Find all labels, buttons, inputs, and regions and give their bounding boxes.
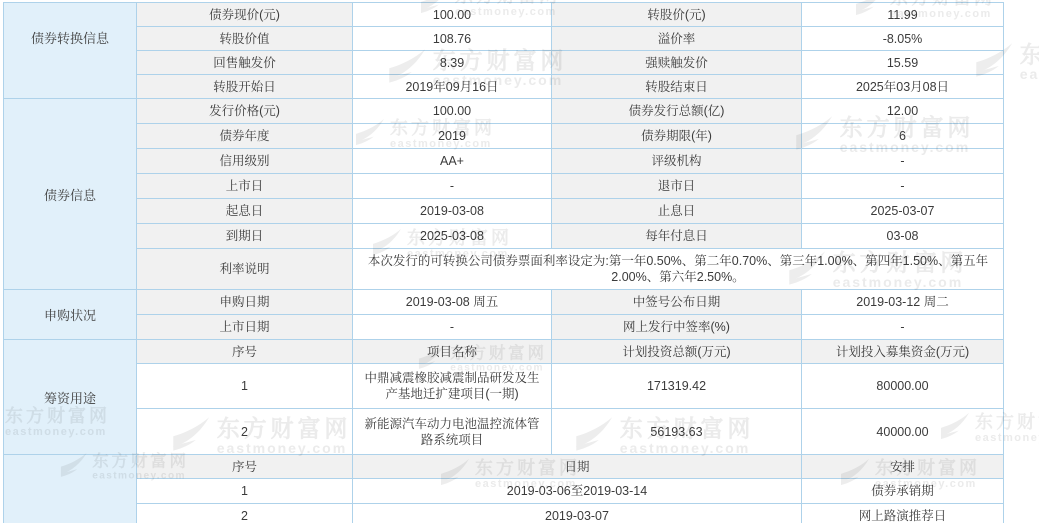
- section-body: 序号 日期 安排 1 2019-03-06至2019-03-14 债券承销期 2…: [137, 455, 1004, 523]
- table-row: 回售触发价 8.39 强赎触发价 15.59: [137, 51, 1004, 75]
- field-label: 债券发行总额(亿): [552, 99, 802, 124]
- section-body: 发行价格(元) 100.00 债券发行总额(亿) 12.00 债券年度 2019…: [137, 99, 1004, 290]
- planned-investment: 56193.63: [552, 409, 802, 455]
- field-value: -8.05%: [802, 27, 1004, 51]
- field-value: 2019-03-12 周二: [802, 290, 1004, 315]
- field-value: 2019: [353, 124, 552, 149]
- watermark-brand: 东方财富网: [1020, 43, 1039, 66]
- field-label: 中签号公布日期: [552, 290, 802, 315]
- section-label: [4, 455, 137, 523]
- section-label: 债券信息: [4, 99, 137, 290]
- section-subscription: 申购状况 申购日期 2019-03-08 周五 中签号公布日期 2019-03-…: [4, 290, 1004, 340]
- table-row: 信用级别 AA+ 评级机构 -: [137, 149, 1004, 174]
- field-value: 2019年09月16日: [353, 75, 552, 99]
- field-label: 评级机构: [552, 149, 802, 174]
- field-value: 11.99: [802, 3, 1004, 27]
- field-value: -: [802, 315, 1004, 340]
- table-row: 1 2019-03-06至2019-03-14 债券承销期: [137, 479, 1004, 504]
- planned-investment: 171319.42: [552, 364, 802, 409]
- schedule-plan: 网上路演推荐日: [802, 504, 1004, 523]
- schedule-date: 2019-03-07: [353, 504, 802, 523]
- field-value: 2019-03-08 周五: [353, 290, 552, 315]
- table-header-row: 序号 日期 安排: [137, 455, 1004, 479]
- section-label-text: 债券信息: [44, 185, 96, 204]
- schedule-plan: 债券承销期: [802, 479, 1004, 504]
- section-label-text: 申购状况: [44, 305, 96, 324]
- column-header: 安排: [802, 455, 1004, 479]
- section-label-text: 筹资用途: [44, 388, 96, 407]
- bond-detail-page: 债券转换信息 债券现价(元) 100.00 转股价(元) 11.99 转股价值 …: [0, 0, 1039, 523]
- field-label: 债券年度: [137, 124, 353, 149]
- table-row: 上市日期 - 网上发行中签率(%) -: [137, 315, 1004, 340]
- field-label: 上市日: [137, 174, 353, 199]
- watermark-domain: eastmoney.com: [1020, 69, 1039, 83]
- field-value: -: [802, 174, 1004, 199]
- section-bond-info: 债券信息 发行价格(元) 100.00 债券发行总额(亿) 12.00 债券年度…: [4, 99, 1004, 290]
- table-row: 发行价格(元) 100.00 债券发行总额(亿) 12.00: [137, 99, 1004, 124]
- column-header: 项目名称: [353, 340, 552, 364]
- field-value: 15.59: [802, 51, 1004, 75]
- field-value: 2025年03月08日: [802, 75, 1004, 99]
- field-label: 发行价格(元): [137, 99, 353, 124]
- field-value: 100.00: [353, 3, 552, 27]
- field-value: -: [353, 174, 552, 199]
- column-header: 计划投资总额(万元): [552, 340, 802, 364]
- field-value: 2025-03-08: [353, 224, 552, 249]
- section-body: 序号 项目名称 计划投资总额(万元) 计划投入募集资金(万元) 1 中鼎减震橡胶…: [137, 340, 1004, 455]
- field-label: 网上发行中签率(%): [552, 315, 802, 340]
- table-row: 上市日 - 退市日 -: [137, 174, 1004, 199]
- section-label: 筹资用途: [4, 340, 137, 455]
- field-value: AA+: [353, 149, 552, 174]
- row-index: 1: [137, 479, 353, 504]
- column-header: 序号: [137, 455, 353, 479]
- field-label: 申购日期: [137, 290, 353, 315]
- section-body: 债券现价(元) 100.00 转股价(元) 11.99 转股价值 108.76 …: [137, 3, 1004, 99]
- table-row-interest-note: 利率说明 本次发行的可转换公司债券票面利率设定为:第一年0.50%、第二年0.7…: [137, 249, 1004, 290]
- field-label: 转股开始日: [137, 75, 353, 99]
- project-name: 中鼎减震橡胶减震制品研发及生产基地迁扩建项目(一期): [353, 364, 552, 409]
- section-label: 申购状况: [4, 290, 137, 340]
- table-row: 1 中鼎减震橡胶减震制品研发及生产基地迁扩建项目(一期) 171319.42 8…: [137, 364, 1004, 409]
- field-value: -: [802, 149, 1004, 174]
- field-value: 2025-03-07: [802, 199, 1004, 224]
- table-row: 到期日 2025-03-08 每年付息日 03-08: [137, 224, 1004, 249]
- row-index: 2: [137, 504, 353, 523]
- raised-funds: 80000.00: [802, 364, 1004, 409]
- bond-detail-table: 债券转换信息 债券现价(元) 100.00 转股价(元) 11.99 转股价值 …: [3, 2, 1004, 523]
- field-label: 利率说明: [137, 249, 353, 290]
- field-label: 转股结束日: [552, 75, 802, 99]
- field-value: 12.00: [802, 99, 1004, 124]
- section-body: 申购日期 2019-03-08 周五 中签号公布日期 2019-03-12 周二…: [137, 290, 1004, 340]
- field-value: 100.00: [353, 99, 552, 124]
- field-value: 8.39: [353, 51, 552, 75]
- section-conversion: 债券转换信息 债券现价(元) 100.00 转股价(元) 11.99 转股价值 …: [4, 3, 1004, 99]
- field-value: 03-08: [802, 224, 1004, 249]
- section-label: 债券转换信息: [4, 3, 137, 99]
- field-label: 转股价值: [137, 27, 353, 51]
- field-label: 起息日: [137, 199, 353, 224]
- section-schedule: 序号 日期 安排 1 2019-03-06至2019-03-14 债券承销期 2…: [4, 455, 1004, 523]
- interest-rate-note: 本次发行的可转换公司债券票面利率设定为:第一年0.50%、第二年0.70%、第三…: [353, 249, 1004, 290]
- table-row: 2 新能源汽车动力电池温控流体管路系统项目 56193.63 40000.00: [137, 409, 1004, 455]
- table-row: 转股价值 108.76 溢价率 -8.05%: [137, 27, 1004, 51]
- project-name: 新能源汽车动力电池温控流体管路系统项目: [353, 409, 552, 455]
- raised-funds: 40000.00: [802, 409, 1004, 455]
- schedule-date: 2019-03-06至2019-03-14: [353, 479, 802, 504]
- field-value: -: [353, 315, 552, 340]
- table-row: 2 2019-03-07 网上路演推荐日: [137, 504, 1004, 523]
- section-label-text: 债券转换信息: [31, 28, 109, 47]
- column-header: 计划投入募集资金(万元): [802, 340, 1004, 364]
- table-row: 债券现价(元) 100.00 转股价(元) 11.99: [137, 3, 1004, 27]
- field-label: 债券现价(元): [137, 3, 353, 27]
- field-label: 止息日: [552, 199, 802, 224]
- row-index: 1: [137, 364, 353, 409]
- table-row: 债券年度 2019 债券期限(年) 6: [137, 124, 1004, 149]
- field-label: 每年付息日: [552, 224, 802, 249]
- table-row: 申购日期 2019-03-08 周五 中签号公布日期 2019-03-12 周二: [137, 290, 1004, 315]
- row-index: 2: [137, 409, 353, 455]
- field-label: 溢价率: [552, 27, 802, 51]
- field-label: 到期日: [137, 224, 353, 249]
- field-label: 债券期限(年): [552, 124, 802, 149]
- field-label: 退市日: [552, 174, 802, 199]
- field-value: 2019-03-08: [353, 199, 552, 224]
- field-label: 上市日期: [137, 315, 353, 340]
- field-value: 6: [802, 124, 1004, 149]
- column-header: 序号: [137, 340, 353, 364]
- table-row: 转股开始日 2019年09月16日 转股结束日 2025年03月08日: [137, 75, 1004, 99]
- field-label: 回售触发价: [137, 51, 353, 75]
- section-proceeds-use: 筹资用途 序号 项目名称 计划投资总额(万元) 计划投入募集资金(万元) 1 中…: [4, 340, 1004, 455]
- field-value: 108.76: [353, 27, 552, 51]
- field-label: 转股价(元): [552, 3, 802, 27]
- table-row: 起息日 2019-03-08 止息日 2025-03-07: [137, 199, 1004, 224]
- column-header: 日期: [353, 455, 802, 479]
- field-label: 强赎触发价: [552, 51, 802, 75]
- table-header-row: 序号 项目名称 计划投资总额(万元) 计划投入募集资金(万元): [137, 340, 1004, 364]
- field-label: 信用级别: [137, 149, 353, 174]
